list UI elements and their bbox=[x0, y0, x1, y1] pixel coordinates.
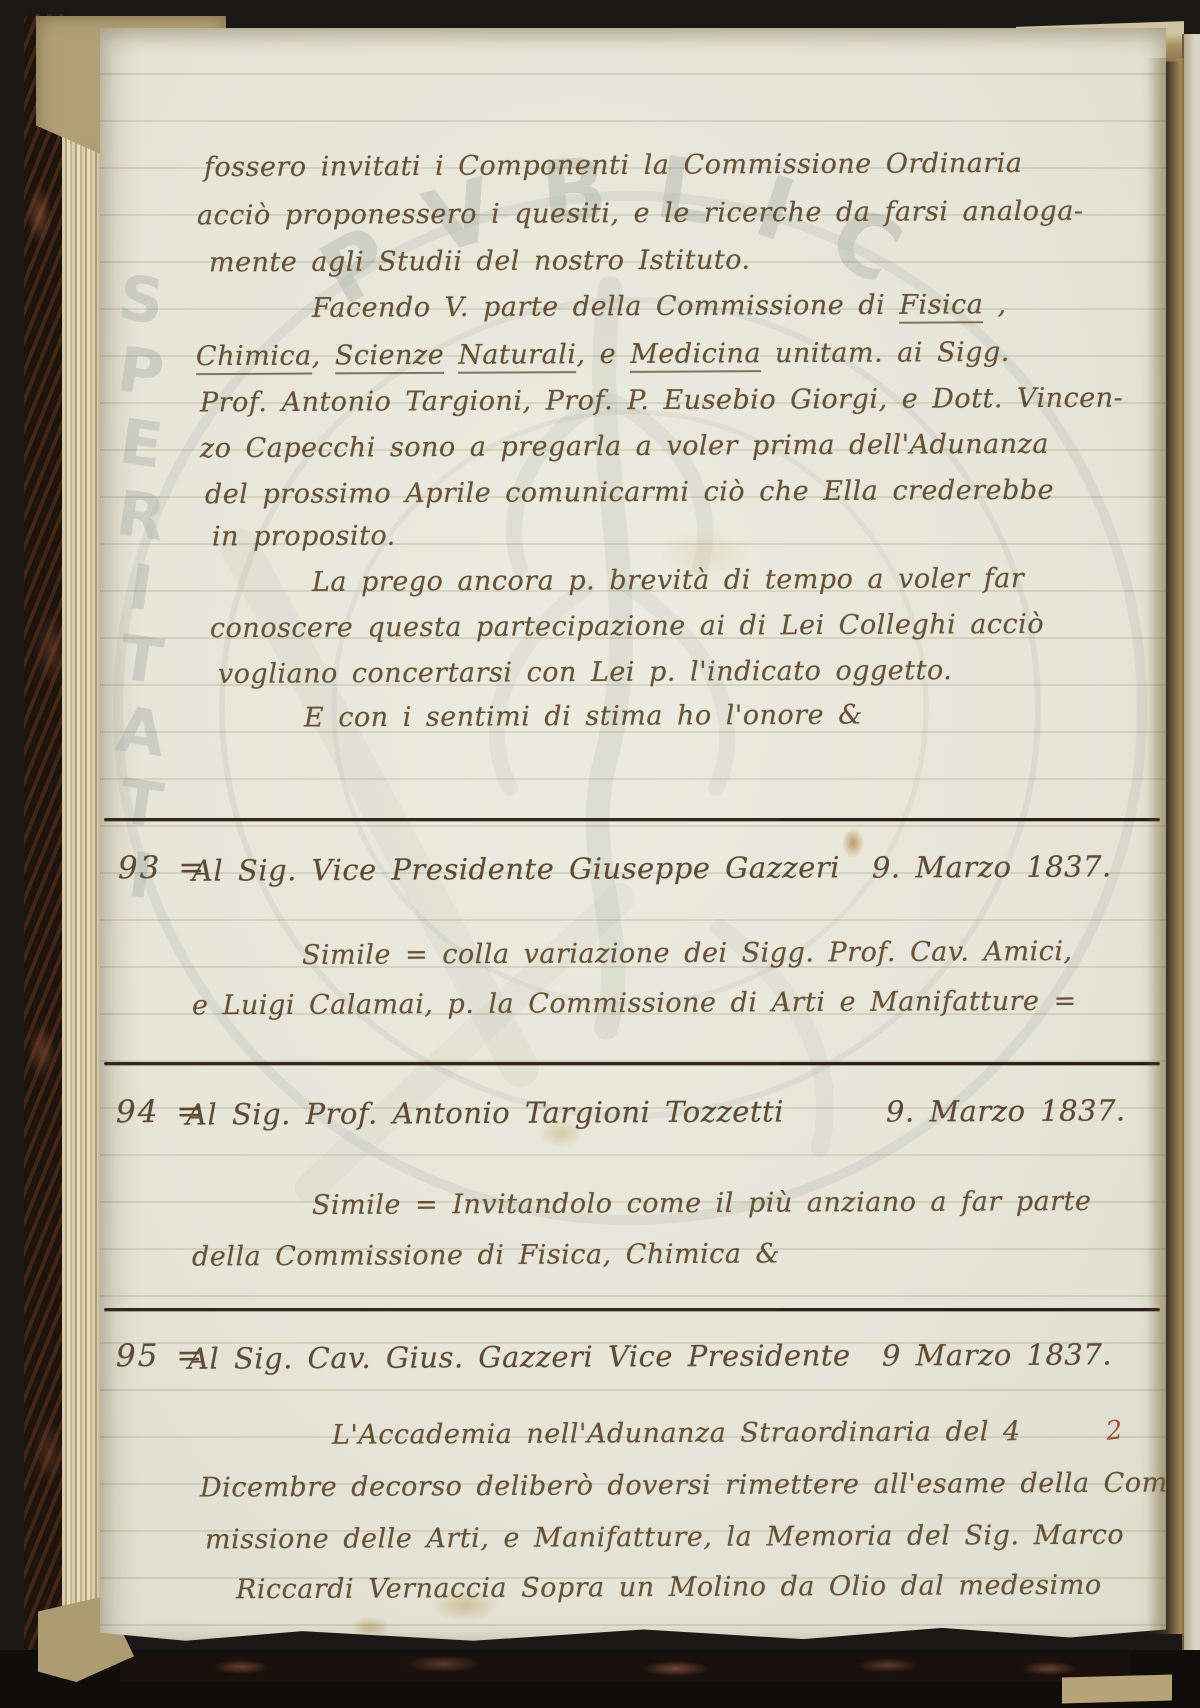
letter-text: , e bbox=[576, 339, 630, 370]
foxing-stain bbox=[350, 1616, 390, 1638]
underlined-word: Chimica bbox=[196, 341, 312, 376]
entry-body-line: della Commissione di Fisica, Chimica & bbox=[192, 1238, 780, 1272]
underlined-word: Scienze bbox=[335, 340, 445, 375]
letter-text bbox=[444, 340, 458, 371]
next-page-edge bbox=[1182, 34, 1200, 1654]
watermark-left-letters: SPERITATI bbox=[102, 264, 180, 912]
letter-line: Chimica, Scienze Naturali, e Medicina un… bbox=[196, 337, 1010, 372]
entry-recipient: Al Sig. Cav. Gius. Gazzeri Vice Presiden… bbox=[188, 1338, 851, 1375]
parchment-bit-bottom-right bbox=[1062, 1675, 1172, 1704]
letter-line: vogliano concertarsi con Lei p. l'indica… bbox=[218, 655, 952, 690]
letter-line: La prego ancora p. brevità di tempo a vo… bbox=[312, 563, 1024, 598]
letter-line: fossero invitati i Componenti la Commiss… bbox=[204, 148, 1023, 183]
entry-body-line: L'Accademia nell'Adunanza Straordinaria … bbox=[332, 1416, 1021, 1451]
letter-line: in proposito. bbox=[212, 521, 396, 553]
watermark-letter: I bbox=[125, 551, 158, 626]
entry-recipient: Al Sig. Prof. Antonio Targioni Tozzetti bbox=[186, 1094, 784, 1131]
letter-line: Prof. Antonio Targioni, Prof. P. Eusebio… bbox=[200, 383, 1123, 419]
watermark-letter: T bbox=[115, 765, 167, 842]
entry-body-line: missione delle Arti, e Manifatture, la M… bbox=[205, 1520, 1124, 1556]
watermark-letter: A bbox=[112, 693, 170, 771]
watermark-letter: E bbox=[115, 405, 167, 482]
separator-rule bbox=[104, 1062, 1160, 1065]
underlined-word: Medicina bbox=[630, 338, 761, 373]
entry-date: 9. Marzo 1837. bbox=[886, 1093, 1126, 1128]
entry-date: 9 Marzo 1837. bbox=[882, 1337, 1112, 1372]
letter-text: , bbox=[983, 289, 1006, 320]
entry-body-line: Riccardi Vernaccia Sopra un Molino da Ol… bbox=[236, 1570, 1102, 1606]
letter-line: mente agli Studii del nostro Istituto. bbox=[209, 245, 751, 279]
manuscript-page: PVBLIC SPERITATI fossero invitati i Comp… bbox=[100, 28, 1166, 1644]
manuscript-scan: { "scan": { "paper_color": "#e9e7da", "i… bbox=[0, 0, 1200, 1708]
entry-body-line: Dicembre decorso deliberò doversi rimett… bbox=[200, 1467, 1177, 1503]
entry-recipient: Al Sig. Vice Presidente Giuseppe Gazzeri bbox=[192, 850, 840, 887]
underlined-word: Naturali bbox=[458, 339, 576, 374]
entry-body-line: Simile = Invitandolo come il più anziano… bbox=[312, 1186, 1092, 1221]
entry-body-line: e Luigi Calamai, p. la Commissione di Ar… bbox=[192, 986, 1077, 1022]
entry-date: 9. Marzo 1837. bbox=[872, 849, 1112, 884]
separator-rule bbox=[104, 818, 1160, 821]
entry-body-line: Simile = colla variazione dei Sigg. Prof… bbox=[302, 936, 1073, 971]
watermark-letter: T bbox=[115, 621, 167, 698]
letter-line: conoscere questa partecipazione ai di Le… bbox=[210, 609, 1044, 644]
letter-text: Facendo V. parte della Commissione di bbox=[312, 290, 899, 324]
underlined-word: Fisica bbox=[899, 289, 983, 323]
page-fold-shadow bbox=[1146, 58, 1184, 1634]
letter-text: , bbox=[312, 340, 335, 371]
watermark-letter: P bbox=[113, 333, 168, 411]
letter-line: del prossimo Aprile comunicarmi ciò che … bbox=[205, 475, 1054, 510]
watermark-letter: R bbox=[112, 477, 169, 555]
red-ink-annotation: 2 bbox=[1104, 1415, 1124, 1447]
separator-rule bbox=[104, 1308, 1160, 1311]
letter-line: zo Capecchi sono a pregarla a voler prim… bbox=[200, 429, 1049, 464]
letter-line: E con i sentimi di stima ho l'onore & bbox=[304, 700, 863, 734]
foxing-stain bbox=[842, 828, 864, 858]
page-edge-stack bbox=[62, 44, 104, 1640]
letter-text: unitam. ai Sigg. bbox=[761, 337, 1010, 369]
letter-line: acciò proponessero i quesiti, e le ricer… bbox=[197, 196, 1084, 232]
bottom-marbled-leather bbox=[120, 1652, 1130, 1682]
watermark-letter: S bbox=[114, 261, 168, 339]
letter-line: Facendo V. parte della Commissione di Fi… bbox=[312, 289, 1007, 324]
